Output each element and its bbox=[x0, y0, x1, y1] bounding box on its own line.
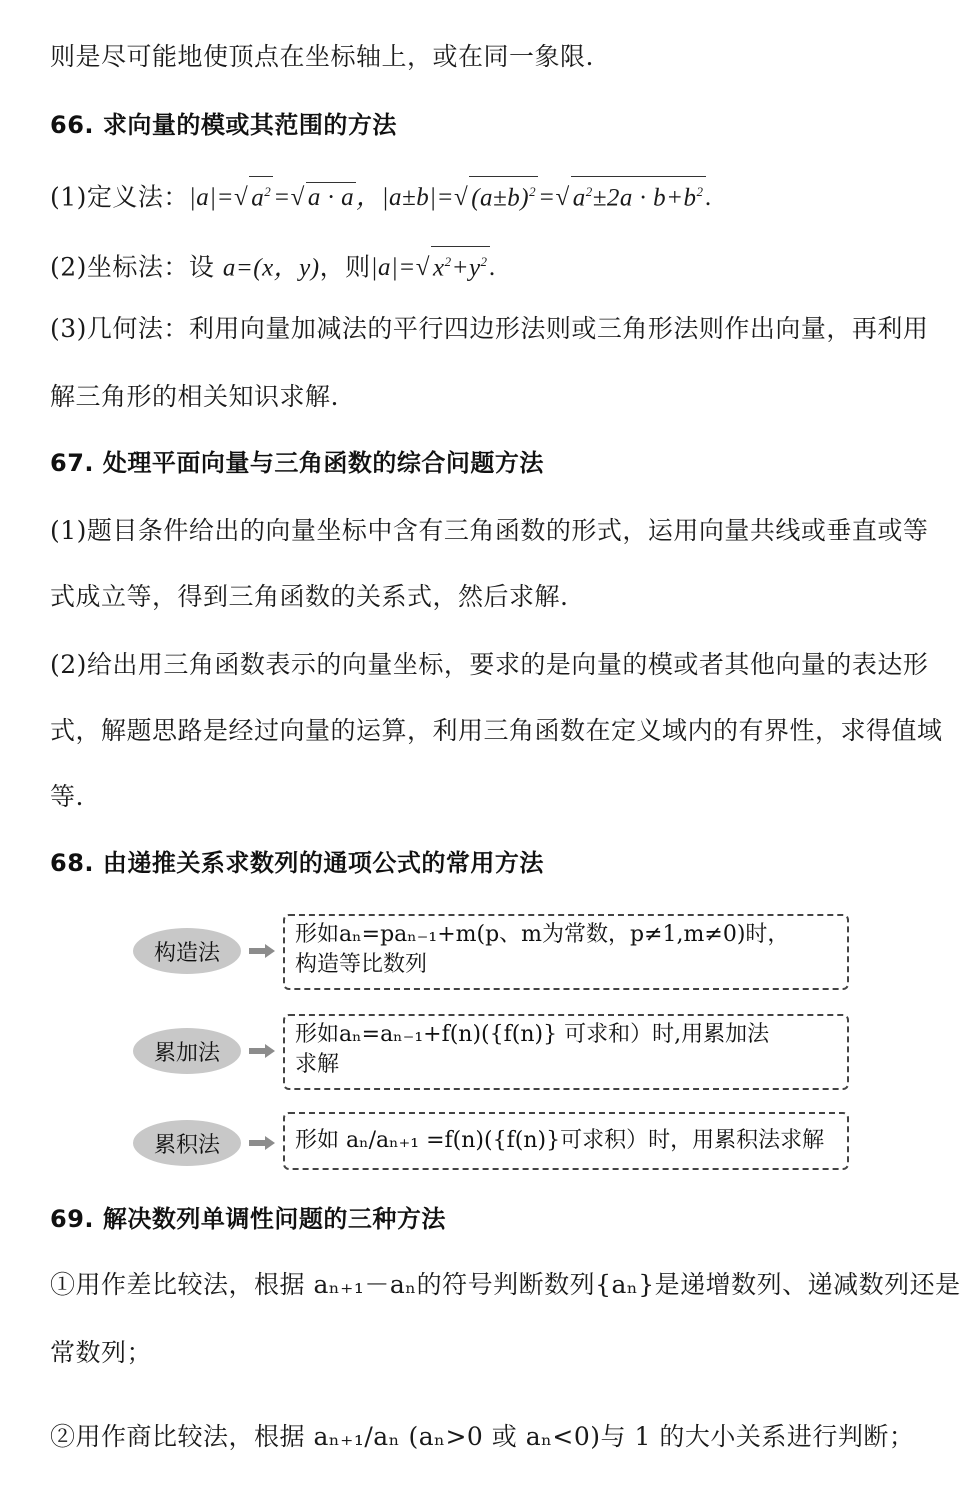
arrow-right-icon bbox=[249, 944, 275, 958]
s67-item-1-line1: (1)题目条件给出的向量坐标中含有三角函数的形式，运用向量共线或垂直或等 bbox=[50, 516, 928, 546]
method-row-accumulate-sum: 累加法 形如aₙ=aₙ₋₁+f(n)({f(n)} 可求和）时,用累加法 求解 bbox=[133, 1012, 855, 1092]
section-69-heading: 69. 解决数列单调性问题的三种方法 bbox=[50, 1204, 446, 1234]
s67-item-2-line3: 等. bbox=[50, 782, 84, 812]
method-oval: 构造法 bbox=[133, 928, 241, 974]
method-row-construct: 构造法 形如aₙ=paₙ₋₁+m(p、m为常数，p≠1,m≠0)时， 构造等比数… bbox=[133, 912, 855, 992]
s66-item-1-label: (1)定义法： bbox=[50, 182, 189, 211]
section-67-heading: 67. 处理平面向量与三角函数的综合问题方法 bbox=[50, 448, 544, 478]
s66-item-2-label: (2)坐标法： bbox=[50, 252, 189, 281]
arrow-right-icon bbox=[249, 1136, 275, 1150]
method-oval: 累加法 bbox=[133, 1028, 241, 1074]
s67-item-2-line2: 式，解题思路是经过向量的运算，利用三角函数在定义域内的有界性，求得值域 bbox=[50, 716, 943, 746]
s67-item-2-line1: (2)给出用三角函数表示的向量坐标，要求的是向量的模或者其他向量的表达形 bbox=[50, 650, 928, 680]
s69-item-1-line1: ①用作差比较法，根据 aₙ₊₁－aₙ的符号判断数列{aₙ}是递增数列、递减数列还… bbox=[50, 1270, 961, 1300]
s66-item-1-formula: |a|=√a2=√a · a，|a±b|=√(a±b)2=√a2±2a · b+… bbox=[189, 184, 712, 211]
s69-item-2-line1: ②用作商比较法，根据 aₙ₊₁/aₙ (aₙ>0 或 aₙ<0)与 1 的大小关… bbox=[50, 1422, 914, 1452]
method-description: 形如aₙ=aₙ₋₁+f(n)({f(n)} 可求和）时,用累加法 求解 bbox=[283, 1014, 849, 1090]
s66-item-1: (1)定义法：|a|=√a2=√a · a，|a±b|=√(a±b)2=√a2±… bbox=[50, 176, 712, 213]
s66-item-2-formula: a=(x，y) bbox=[223, 254, 320, 281]
section-66-heading: 66. 求向量的模或其范围的方法 bbox=[50, 110, 397, 140]
method-row-accumulate-product: 累积法 形如 aₙ/aₙ₊₁ =f(n)({f(n)}可求积）时，用累积法求解 bbox=[133, 1110, 855, 1172]
s66-item-3-line2: 解三角形的相关知识求解. bbox=[50, 382, 339, 412]
arrow-right-icon bbox=[249, 1044, 275, 1058]
s67-item-1-line2: 式成立等，得到三角函数的关系式，然后求解. bbox=[50, 582, 568, 612]
s66-item-3-line1: (3)几何法：利用向量加减法的平行四边形法则或三角形法则作出向量，再利用 bbox=[50, 314, 928, 344]
s69-item-1-line2: 常数列； bbox=[50, 1338, 152, 1368]
section-68-heading: 68. 由递推关系求数列的通项公式的常用方法 bbox=[50, 848, 544, 878]
s66-item-2: (2)坐标法：设 a=(x，y)，则|a|=√x2+y2. bbox=[50, 246, 496, 283]
method-description: 形如aₙ=paₙ₋₁+m(p、m为常数，p≠1,m≠0)时， 构造等比数列 bbox=[283, 914, 849, 990]
intro-line: 则是尽可能地使顶点在坐标轴上，或在同一象限. bbox=[50, 42, 594, 72]
method-oval: 累积法 bbox=[133, 1120, 241, 1166]
method-description: 形如 aₙ/aₙ₊₁ =f(n)({f(n)}可求积）时，用累积法求解 bbox=[283, 1112, 849, 1170]
